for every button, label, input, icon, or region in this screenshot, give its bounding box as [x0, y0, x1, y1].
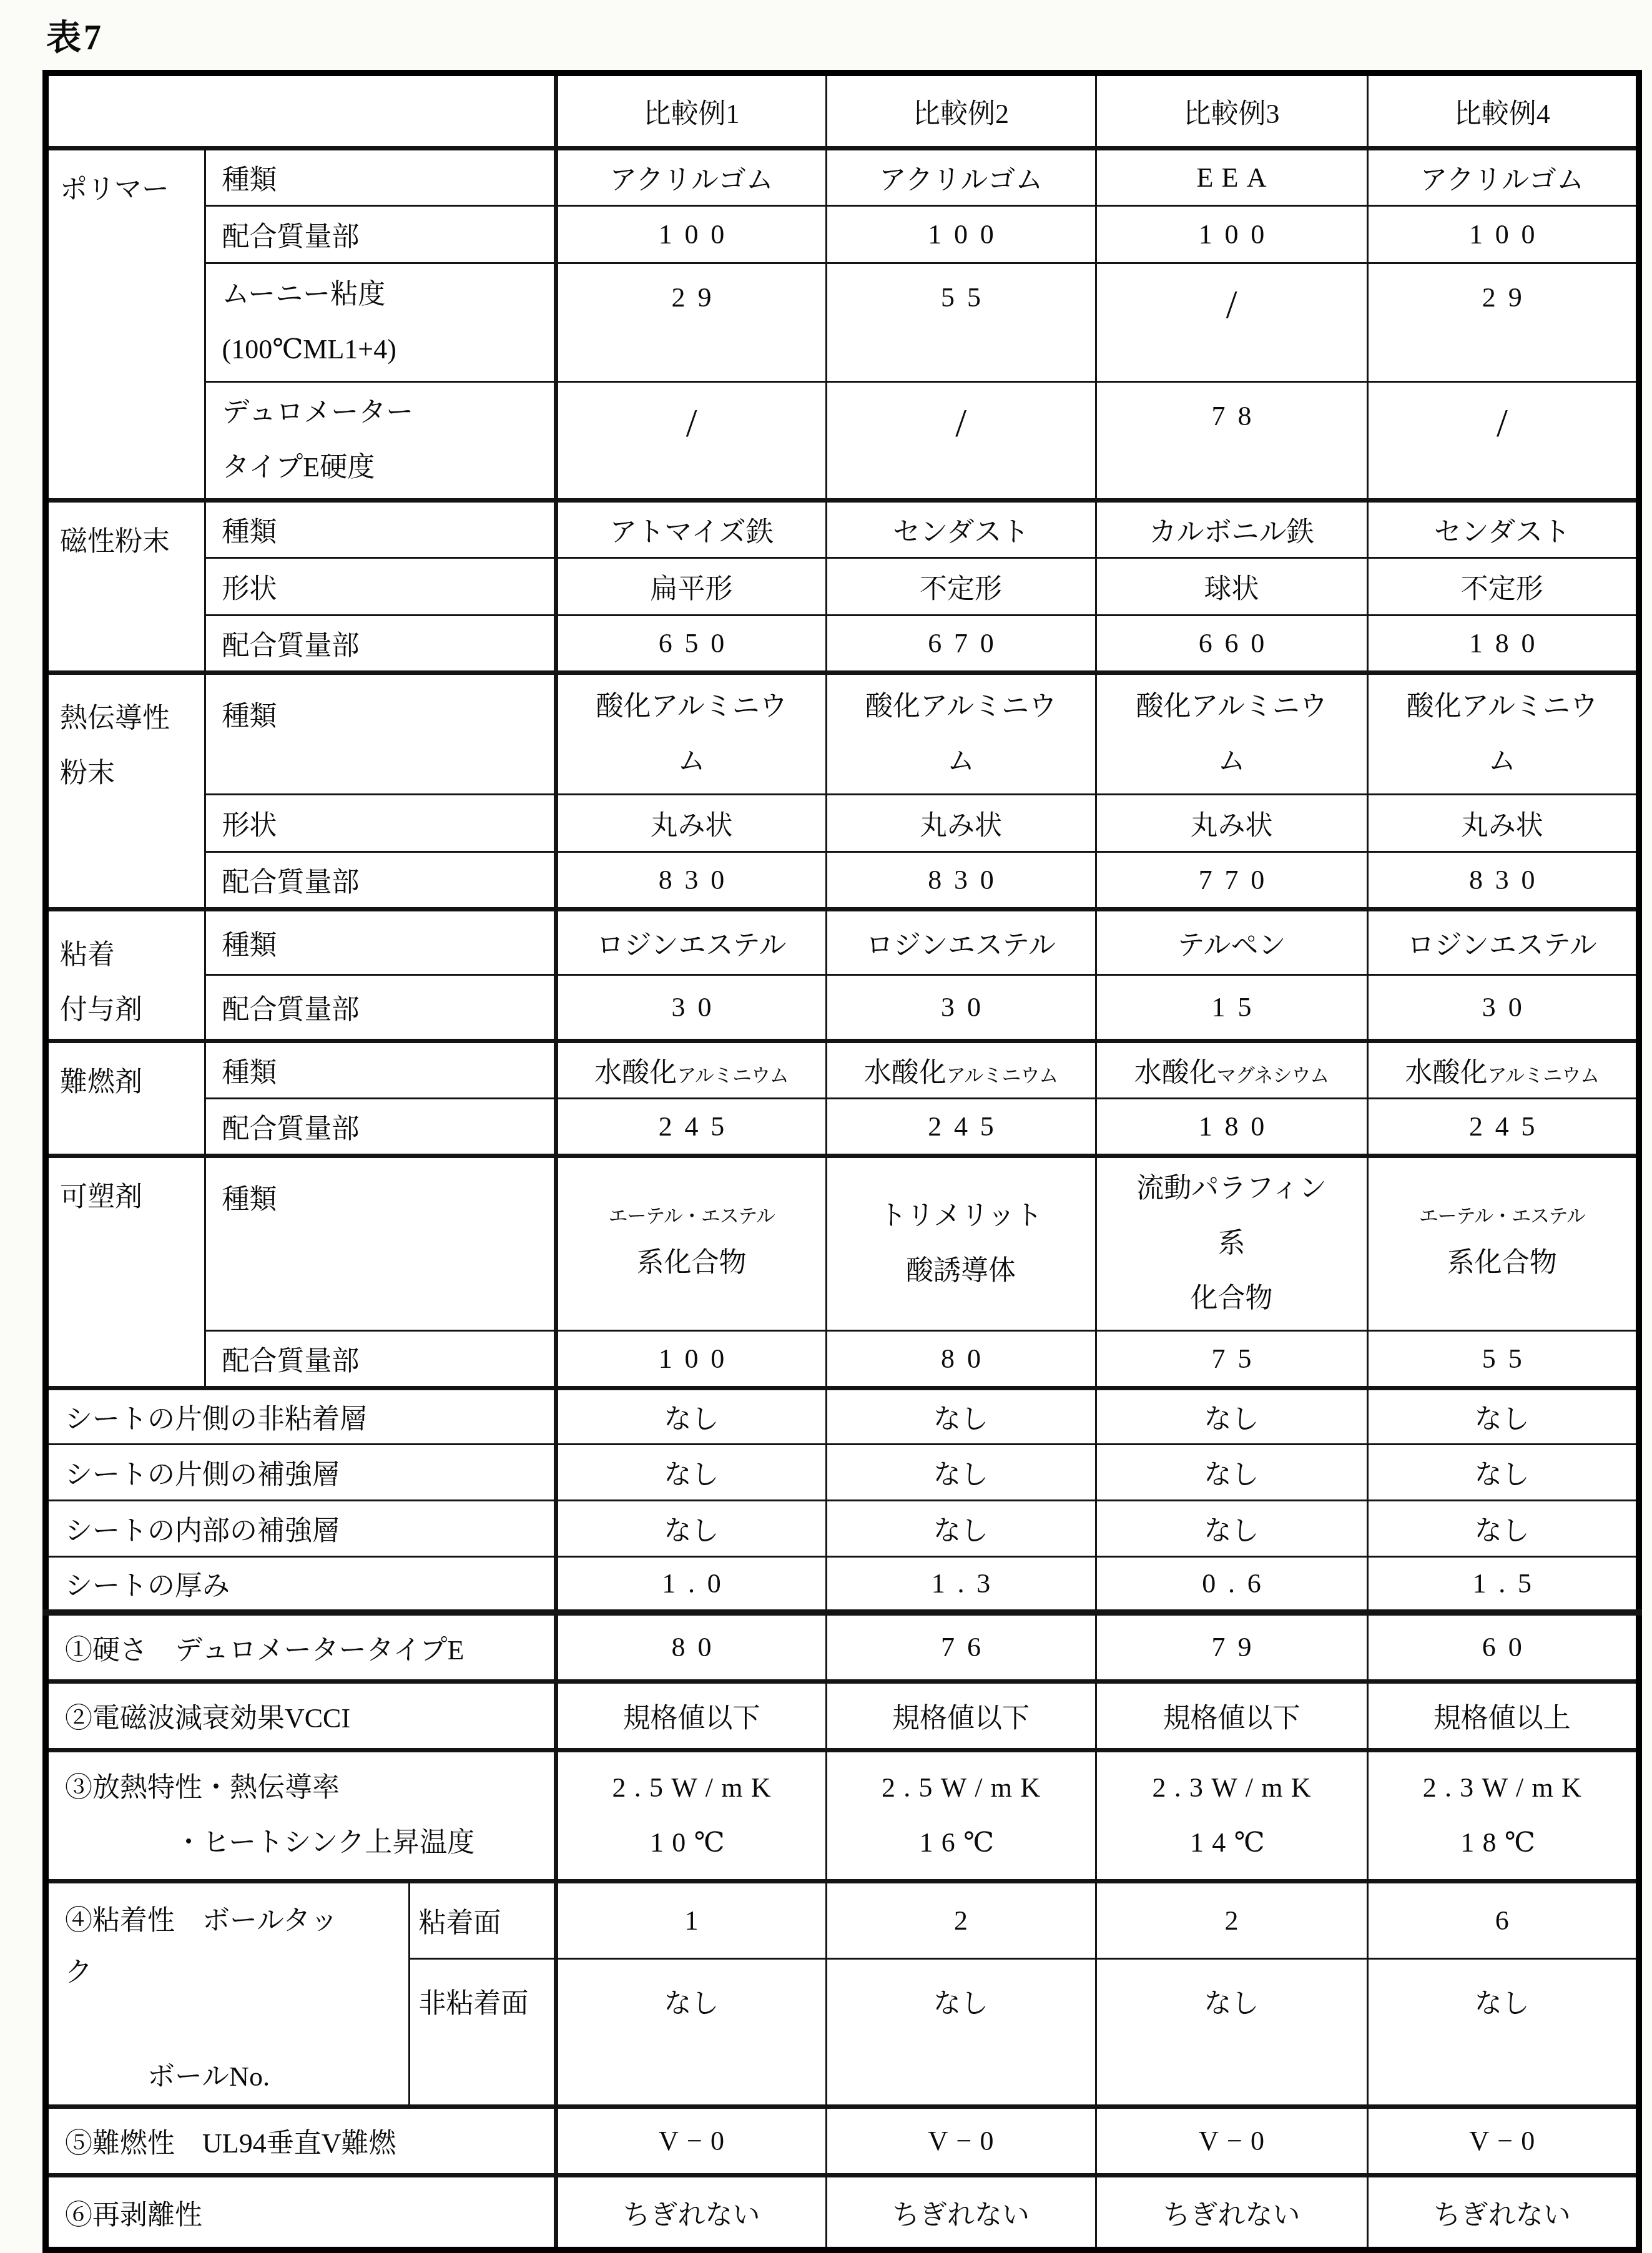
flame-type-v2-base: 水酸化 [864, 1058, 946, 1088]
emi-v1: 規格値以下 [556, 1681, 826, 1750]
tack-amount-label: 配合質量部 [205, 975, 556, 1041]
flame-type-v4-base: 水酸化 [1405, 1058, 1488, 1088]
thermal-shape-v1: 丸み状 [556, 794, 826, 852]
plast-type-v2-lines: トリメリット 酸誘導体 [831, 1189, 1091, 1298]
flame-type-v3: 水酸化マグネシウム [1096, 1041, 1367, 1098]
tacktest-label: ④粘着性 ボールタッ ク ボールNo. [46, 1881, 409, 2106]
row-mooney: ムーニー粘度 (100℃ML1+4) 29 55 / 29 [46, 263, 1639, 381]
tacktest-sub1-label: 粘着面 [409, 1881, 556, 1958]
table-7: 比較例1 比較例2 比較例3 比較例4 ポリマー 種類 アクリルゴム アクリルゴ… [42, 70, 1642, 2253]
heat-v1: 2.5W/mK 10℃ [556, 1750, 826, 1881]
plast-type-v2: トリメリット 酸誘導体 [826, 1156, 1096, 1330]
flame-type-label: 種類 [205, 1041, 556, 1098]
hardness-v1: 80 [556, 1612, 826, 1681]
magnetic-shape-label: 形状 [205, 557, 556, 615]
sheet-inner-reinforce-v4: なし [1367, 1500, 1639, 1556]
heat-label: ③放熱特性・熱伝導率 ・ヒートシンク上昇温度 [46, 1750, 556, 1881]
hardness-label: ①硬さ デュロメータータイプE [46, 1612, 556, 1681]
plast-type-label: 種類 [205, 1156, 556, 1330]
tacktest-v1-1: 1 [556, 1881, 826, 1958]
header-ex4: 比較例4 [1367, 73, 1639, 148]
durometer-v2: / [826, 381, 1096, 500]
tack-type-v1: ロジンエステル [556, 909, 826, 975]
removability-v3: ちぎれない [1096, 2175, 1367, 2250]
heat-v2: 2.5W/mK 16℃ [826, 1750, 1096, 1881]
row-plast-type: 可塑剤 種類 エーテル・エステル系化合物 トリメリット 酸誘導体 流動パラフィン… [46, 1156, 1639, 1330]
tack-type-v3: テルペン [1096, 909, 1367, 975]
plast-type-v3: 流動パラフィン 系 化合物 [1096, 1156, 1367, 1330]
sheet-side-reinforce-v4: なし [1367, 1444, 1639, 1500]
mooney-label: ムーニー粘度 (100℃ML1+4) [205, 263, 556, 381]
tack-type-label: 種類 [205, 909, 556, 975]
removability-v2: ちぎれない [826, 2175, 1096, 2250]
polymer-amount-v4: 100 [1367, 205, 1639, 263]
group-label-magnetic: 磁性粉末 [46, 500, 205, 672]
plast-type-v3-lines: 流動パラフィン 系 化合物 [1101, 1161, 1363, 1326]
row-polymer-type: ポリマー 種類 アクリルゴム アクリルゴム EEA アクリルゴム [46, 148, 1639, 205]
tacktest-v1-4: 6 [1367, 1881, 1639, 1958]
polymer-amount-v3: 100 [1096, 205, 1367, 263]
polymer-type-v4: アクリルゴム [1367, 148, 1639, 205]
row-thermal-type: 熱伝導性 粉末 種類 酸化アルミニウ ム 酸化アルミニウ ム 酸化アルミニウ ム… [46, 672, 1639, 794]
removability-v4: ちぎれない [1367, 2175, 1639, 2250]
tacktest-v1-2: 2 [826, 1881, 1096, 1958]
removability-label: ⑥再剥離性 [46, 2175, 556, 2250]
row-hardness: ①硬さ デュロメータータイプE 80 76 79 60 [46, 1612, 1639, 1681]
flammability-v3: V−0 [1096, 2106, 1367, 2175]
flame-type-v2-small: アルミニウム [946, 1064, 1058, 1086]
magnetic-shape-v1: 扁平形 [556, 557, 826, 615]
mooney-v1: 29 [556, 263, 826, 381]
sheet-side-reinforce-v3: なし [1096, 1444, 1367, 1500]
plast-type-v1: エーテル・エステル系化合物 [556, 1156, 826, 1330]
thermal-type-v2: 酸化アルミニウ ム [826, 672, 1096, 794]
durometer-v4: / [1367, 381, 1639, 500]
group-label-plasticizer: 可塑剤 [46, 1156, 205, 1388]
hardness-v4: 60 [1367, 1612, 1639, 1681]
mooney-v3: / [1096, 263, 1367, 381]
plast-amount-v2: 80 [826, 1330, 1096, 1388]
durometer-v1: / [556, 381, 826, 500]
magnetic-shape-v3: 球状 [1096, 557, 1367, 615]
flame-type-v1-small: アルミニウム [677, 1064, 788, 1086]
polymer-amount-v2: 100 [826, 205, 1096, 263]
sheet-thickness-v1: 1.0 [556, 1556, 826, 1612]
sheet-inner-reinforce-v3: なし [1096, 1500, 1367, 1556]
sheet-nonadhesive-v4: なし [1367, 1388, 1639, 1444]
plast-amount-v4: 55 [1367, 1330, 1639, 1388]
flame-amount-v2: 245 [826, 1098, 1096, 1156]
flame-type-v3-base: 水酸化 [1134, 1058, 1217, 1088]
row-tacktest-adhesive: ④粘着性 ボールタッ ク ボールNo. 粘着面 1 2 2 6 [46, 1881, 1639, 1958]
plast-amount-v3: 75 [1096, 1330, 1367, 1388]
row-sheet-inner-reinforce: シートの内部の補強層 なし なし なし なし [46, 1500, 1639, 1556]
tack-amount-v3: 15 [1096, 975, 1367, 1041]
emi-v4: 規格値以上 [1367, 1681, 1639, 1750]
polymer-type-v1: アクリルゴム [556, 148, 826, 205]
group-label-tackifier: 粘着 付与剤 [46, 909, 205, 1041]
magnetic-type-label: 種類 [205, 500, 556, 557]
tacktest-v1-3: 2 [1096, 1881, 1367, 1958]
flame-amount-label: 配合質量部 [205, 1098, 556, 1156]
row-thermal-amount: 配合質量部 830 830 770 830 [46, 852, 1639, 909]
sheet-inner-reinforce-v2: なし [826, 1500, 1096, 1556]
row-polymer-amount: 配合質量部 100 100 100 100 [46, 205, 1639, 263]
mooney-v2: 55 [826, 263, 1096, 381]
hardness-v2: 76 [826, 1612, 1096, 1681]
row-tack-amount: 配合質量部 30 30 15 30 [46, 975, 1639, 1041]
tack-type-v2: ロジンエステル [826, 909, 1096, 975]
row-magnetic-amount: 配合質量部 650 670 660 180 [46, 615, 1639, 672]
thermal-amount-v2: 830 [826, 852, 1096, 909]
polymer-type-v3: EEA [1096, 148, 1367, 205]
group-label-thermal: 熱伝導性 粉末 [46, 672, 205, 909]
thermal-shape-label: 形状 [205, 794, 556, 852]
row-tack-type: 粘着 付与剤 種類 ロジンエステル ロジンエステル テルペン ロジンエステル [46, 909, 1639, 975]
flame-amount-v4: 245 [1367, 1098, 1639, 1156]
tack-type-v4: ロジンエステル [1367, 909, 1639, 975]
sheet-nonadhesive-v1: なし [556, 1388, 826, 1444]
plast-type-v1-small: エーテル・エステル [562, 1197, 822, 1235]
magnetic-shape-v2: 不定形 [826, 557, 1096, 615]
tacktest-sub2-label: 非粘着面 [409, 1958, 556, 2106]
row-flame-amount: 配合質量部 245 245 180 245 [46, 1098, 1639, 1156]
row-magnetic-type: 磁性粉末 種類 アトマイズ鉄 センダスト カルボニル鉄 センダスト [46, 500, 1639, 557]
header-ex1: 比較例1 [556, 73, 826, 148]
row-durometer: デュロメーター タイプE硬度 / / 78 / [46, 381, 1639, 500]
thermal-type-v3: 酸化アルミニウ ム [1096, 672, 1367, 794]
flammability-v2: V−0 [826, 2106, 1096, 2175]
tack-amount-v2: 30 [826, 975, 1096, 1041]
thermal-shape-v3: 丸み状 [1096, 794, 1367, 852]
sheet-thickness-v3: 0.6 [1096, 1556, 1367, 1612]
tacktest-v2-1: なし [556, 1958, 826, 2106]
thermal-type-v1: 酸化アルミニウ ム [556, 672, 826, 794]
flame-type-v4: 水酸化アルミニウム [1367, 1041, 1639, 1098]
row-sheet-nonadhesive: シートの片側の非粘着層 なし なし なし なし [46, 1388, 1639, 1444]
heat-v4: 2.3W/mK 18℃ [1367, 1750, 1639, 1881]
magnetic-type-v1: アトマイズ鉄 [556, 500, 826, 557]
sheet-side-reinforce-v2: なし [826, 1444, 1096, 1500]
magnetic-amount-v3: 660 [1096, 615, 1367, 672]
thermal-shape-v2: 丸み状 [826, 794, 1096, 852]
magnetic-amount-v2: 670 [826, 615, 1096, 672]
row-removability: ⑥再剥離性 ちぎれない ちぎれない ちぎれない ちぎれない [46, 2175, 1639, 2250]
sheet-nonadhesive-v2: なし [826, 1388, 1096, 1444]
tack-amount-v1: 30 [556, 975, 826, 1041]
magnetic-amount-v1: 650 [556, 615, 826, 672]
header-row: 比較例1 比較例2 比較例3 比較例4 [46, 73, 1639, 148]
sheet-nonadhesive-label: シートの片側の非粘着層 [46, 1388, 556, 1444]
sheet-inner-reinforce-v1: なし [556, 1500, 826, 1556]
hardness-v3: 79 [1096, 1612, 1367, 1681]
header-ex2: 比較例2 [826, 73, 1096, 148]
thermal-amount-label: 配合質量部 [205, 852, 556, 909]
row-flame-type: 難燃剤 種類 水酸化アルミニウム 水酸化アルミニウム 水酸化マグネシウム 水酸化… [46, 1041, 1639, 1098]
flame-type-v3-small: マグネシウム [1217, 1064, 1329, 1086]
magnetic-shape-v4: 不定形 [1367, 557, 1639, 615]
sheet-thickness-v2: 1.3 [826, 1556, 1096, 1612]
durometer-label: デュロメーター タイプE硬度 [205, 381, 556, 500]
polymer-type-label: 種類 [205, 148, 556, 205]
sheet-thickness-v4: 1.5 [1367, 1556, 1639, 1612]
sheet-inner-reinforce-label: シートの内部の補強層 [46, 1500, 556, 1556]
sheet-side-reinforce-v1: なし [556, 1444, 826, 1500]
magnetic-amount-v4: 180 [1367, 615, 1639, 672]
polymer-type-v2: アクリルゴム [826, 148, 1096, 205]
emi-v2: 規格値以下 [826, 1681, 1096, 1750]
flame-amount-v3: 180 [1096, 1098, 1367, 1156]
magnetic-type-v4: センダスト [1367, 500, 1639, 557]
tacktest-v2-4: なし [1367, 1958, 1639, 2106]
row-magnetic-shape: 形状 扁平形 不定形 球状 不定形 [46, 557, 1639, 615]
mooney-v4: 29 [1367, 263, 1639, 381]
polymer-amount-label: 配合質量部 [205, 205, 556, 263]
tacktest-v2-2: なし [826, 1958, 1096, 2106]
magnetic-type-v3: カルボニル鉄 [1096, 500, 1367, 557]
row-thermal-shape: 形状 丸み状 丸み状 丸み状 丸み状 [46, 794, 1639, 852]
polymer-amount-v1: 100 [556, 205, 826, 263]
plast-type-v4: エーテル・エステル系化合物 [1367, 1156, 1639, 1330]
flame-type-v4-small: アルミニウム [1488, 1064, 1599, 1086]
flame-type-v1: 水酸化アルミニウム [556, 1041, 826, 1098]
flammability-v1: V−0 [556, 2106, 826, 2175]
thermal-shape-v4: 丸み状 [1367, 794, 1639, 852]
flammability-v4: V−0 [1367, 2106, 1639, 2175]
plast-type-v4-small: エーテル・エステル [1372, 1197, 1633, 1235]
heat-v3: 2.3W/mK 14℃ [1096, 1750, 1367, 1881]
plast-amount-label: 配合質量部 [205, 1330, 556, 1388]
sheet-side-reinforce-label: シートの片側の補強層 [46, 1444, 556, 1500]
plast-type-v1-lines: 系化合物 [562, 1235, 822, 1290]
durometer-v3: 78 [1096, 381, 1367, 500]
group-label-flame: 難燃剤 [46, 1041, 205, 1156]
tack-amount-v4: 30 [1367, 975, 1639, 1041]
flame-amount-v1: 245 [556, 1098, 826, 1156]
thermal-type-label: 種類 [205, 672, 556, 794]
sheet-nonadhesive-v3: なし [1096, 1388, 1367, 1444]
tacktest-v2-3: なし [1096, 1958, 1367, 2106]
magnetic-amount-label: 配合質量部 [205, 615, 556, 672]
row-flammability: ⑤難燃性 UL94垂直V難燃 V−0 V−0 V−0 V−0 [46, 2106, 1639, 2175]
row-sheet-thickness: シートの厚み 1.0 1.3 0.6 1.5 [46, 1556, 1639, 1612]
thermal-amount-v4: 830 [1367, 852, 1639, 909]
row-plast-amount: 配合質量部 100 80 75 55 [46, 1330, 1639, 1388]
removability-v1: ちぎれない [556, 2175, 826, 2250]
header-ex3: 比較例3 [1096, 73, 1367, 148]
header-corner-cell [46, 73, 556, 148]
thermal-amount-v3: 770 [1096, 852, 1367, 909]
magnetic-type-v2: センダスト [826, 500, 1096, 557]
row-emi: ②電磁波減衰効果VCCI 規格値以下 規格値以下 規格値以下 規格値以上 [46, 1681, 1639, 1750]
group-label-polymer: ポリマー [46, 148, 205, 500]
row-sheet-side-reinforce: シートの片側の補強層 なし なし なし なし [46, 1444, 1639, 1500]
page-title: 表7 [46, 10, 104, 60]
emi-v3: 規格値以下 [1096, 1681, 1367, 1750]
emi-label: ②電磁波減衰効果VCCI [46, 1681, 556, 1750]
row-heat: ③放熱特性・熱伝導率 ・ヒートシンク上昇温度 2.5W/mK 10℃ 2.5W/… [46, 1750, 1639, 1881]
thermal-type-v4: 酸化アルミニウ ム [1367, 672, 1639, 794]
flammability-label: ⑤難燃性 UL94垂直V難燃 [46, 2106, 556, 2175]
plast-amount-v1: 100 [556, 1330, 826, 1388]
flame-type-v2: 水酸化アルミニウム [826, 1041, 1096, 1098]
thermal-amount-v1: 830 [556, 852, 826, 909]
plast-type-v4-lines: 系化合物 [1372, 1235, 1633, 1290]
sheet-thickness-label: シートの厚み [46, 1556, 556, 1612]
flame-type-v1-base: 水酸化 [594, 1058, 677, 1088]
